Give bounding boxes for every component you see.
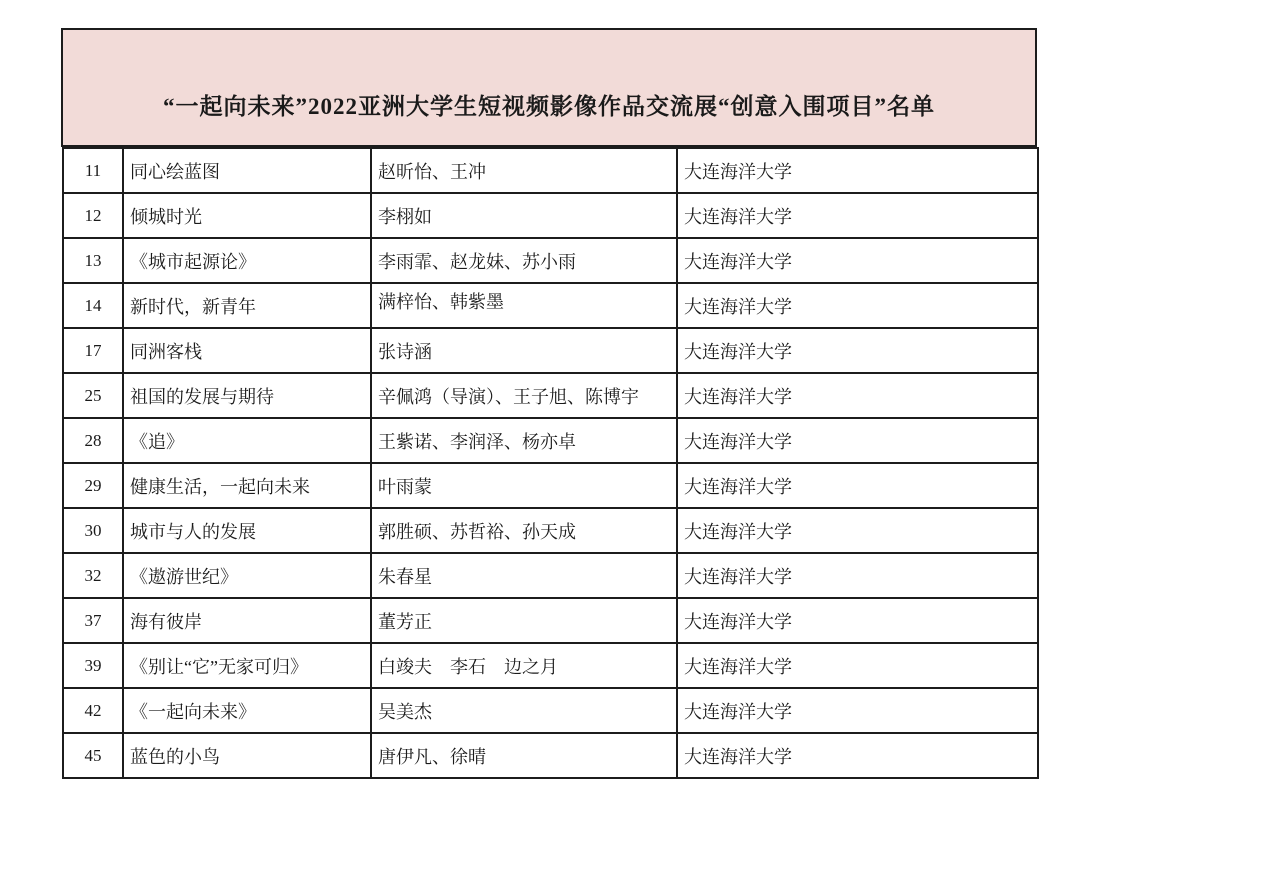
entry-university: 大连海洋大学 xyxy=(677,328,1038,373)
entry-authors: 张诗涵 xyxy=(371,328,677,373)
entry-authors: 满梓怡、韩紫墨 xyxy=(371,283,677,328)
entry-title: 祖国的发展与期待 xyxy=(123,373,371,418)
entry-number: 13 xyxy=(63,238,123,283)
table-body: 11 同心绘蓝图 赵昕怡、王冲 大连海洋大学 12 倾城时光 李栩如 大连海洋大… xyxy=(63,148,1038,778)
entry-number: 30 xyxy=(63,508,123,553)
table-row: 37 海有彼岸 董芳正 大连海洋大学 xyxy=(63,598,1038,643)
table-row: 13 《城市起源论》 李雨霏、赵龙妹、苏小雨 大连海洋大学 xyxy=(63,238,1038,283)
entry-authors: 叶雨蒙 xyxy=(371,463,677,508)
entry-number: 42 xyxy=(63,688,123,733)
table-row: 29 健康生活，一起向未来 叶雨蒙 大连海洋大学 xyxy=(63,463,1038,508)
entry-authors: 王紫诺、李润泽、杨亦卓 xyxy=(371,418,677,463)
entry-number: 29 xyxy=(63,463,123,508)
entry-university: 大连海洋大学 xyxy=(677,733,1038,778)
entry-title: 新时代，新青年 xyxy=(123,283,371,328)
table-row: 45 蓝色的小鸟 唐伊凡、徐晴 大连海洋大学 xyxy=(63,733,1038,778)
document-page: “一起向未来”2022亚洲大学生短视频影像作品交流展“创意入围项目”名单 11 … xyxy=(0,0,1267,896)
entry-title: 健康生活，一起向未来 xyxy=(123,463,371,508)
entry-university: 大连海洋大学 xyxy=(677,148,1038,193)
entry-title: 同洲客栈 xyxy=(123,328,371,373)
table-row: 28 《追》 王紫诺、李润泽、杨亦卓 大连海洋大学 xyxy=(63,418,1038,463)
entry-number: 37 xyxy=(63,598,123,643)
document-title: “一起向未来”2022亚洲大学生短视频影像作品交流展“创意入围项目”名单 xyxy=(163,88,935,121)
entry-university: 大连海洋大学 xyxy=(677,553,1038,598)
table-row: 30 城市与人的发展 郭胜硕、苏哲裕、孙天成 大连海洋大学 xyxy=(63,508,1038,553)
shortlist-table: 11 同心绘蓝图 赵昕怡、王冲 大连海洋大学 12 倾城时光 李栩如 大连海洋大… xyxy=(62,147,1039,779)
entry-number: 25 xyxy=(63,373,123,418)
entry-authors: 朱春星 xyxy=(371,553,677,598)
entry-number: 17 xyxy=(63,328,123,373)
table-row: 42 《一起向未来》 吴美杰 大连海洋大学 xyxy=(63,688,1038,733)
entry-university: 大连海洋大学 xyxy=(677,508,1038,553)
entry-number: 11 xyxy=(63,148,123,193)
entry-title: 《别让“它”无家可归》 xyxy=(123,643,371,688)
entry-authors: 董芳正 xyxy=(371,598,677,643)
entry-title: 城市与人的发展 xyxy=(123,508,371,553)
table-row: 32 《遨游世纪》 朱春星 大连海洋大学 xyxy=(63,553,1038,598)
entry-number: 45 xyxy=(63,733,123,778)
entry-authors: 赵昕怡、王冲 xyxy=(371,148,677,193)
table-row: 11 同心绘蓝图 赵昕怡、王冲 大连海洋大学 xyxy=(63,148,1038,193)
entry-university: 大连海洋大学 xyxy=(677,283,1038,328)
entry-authors: 辛佩鸿（导演）、王子旭、陈博宇 xyxy=(371,373,677,418)
entry-title: 《遨游世纪》 xyxy=(123,553,371,598)
table-row: 17 同洲客栈 张诗涵 大连海洋大学 xyxy=(63,328,1038,373)
entry-title: 《城市起源论》 xyxy=(123,238,371,283)
entry-number: 39 xyxy=(63,643,123,688)
entry-title: 海有彼岸 xyxy=(123,598,371,643)
entry-authors: 吴美杰 xyxy=(371,688,677,733)
entry-university: 大连海洋大学 xyxy=(677,193,1038,238)
entry-number: 28 xyxy=(63,418,123,463)
entry-title: 倾城时光 xyxy=(123,193,371,238)
entry-number: 14 xyxy=(63,283,123,328)
entry-authors: 李雨霏、赵龙妹、苏小雨 xyxy=(371,238,677,283)
entry-title: 同心绘蓝图 xyxy=(123,148,371,193)
entry-authors: 李栩如 xyxy=(371,193,677,238)
title-banner: “一起向未来”2022亚洲大学生短视频影像作品交流展“创意入围项目”名单 xyxy=(61,28,1037,147)
entry-authors: 白竣夫 李石 边之月 xyxy=(371,643,677,688)
table-row: 14 新时代，新青年 满梓怡、韩紫墨 大连海洋大学 xyxy=(63,283,1038,328)
entry-title: 蓝色的小鸟 xyxy=(123,733,371,778)
entry-number: 32 xyxy=(63,553,123,598)
entry-university: 大连海洋大学 xyxy=(677,643,1038,688)
entry-university: 大连海洋大学 xyxy=(677,598,1038,643)
entry-title: 《追》 xyxy=(123,418,371,463)
entry-authors: 郭胜硕、苏哲裕、孙天成 xyxy=(371,508,677,553)
entry-university: 大连海洋大学 xyxy=(677,238,1038,283)
entry-university: 大连海洋大学 xyxy=(677,373,1038,418)
entry-university: 大连海洋大学 xyxy=(677,418,1038,463)
table-row: 25 祖国的发展与期待 辛佩鸿（导演）、王子旭、陈博宇 大连海洋大学 xyxy=(63,373,1038,418)
entry-number: 12 xyxy=(63,193,123,238)
entry-university: 大连海洋大学 xyxy=(677,463,1038,508)
entry-authors: 唐伊凡、徐晴 xyxy=(371,733,677,778)
entry-title: 《一起向未来》 xyxy=(123,688,371,733)
table-row: 12 倾城时光 李栩如 大连海洋大学 xyxy=(63,193,1038,238)
entry-university: 大连海洋大学 xyxy=(677,688,1038,733)
table-row: 39 《别让“它”无家可归》 白竣夫 李石 边之月 大连海洋大学 xyxy=(63,643,1038,688)
